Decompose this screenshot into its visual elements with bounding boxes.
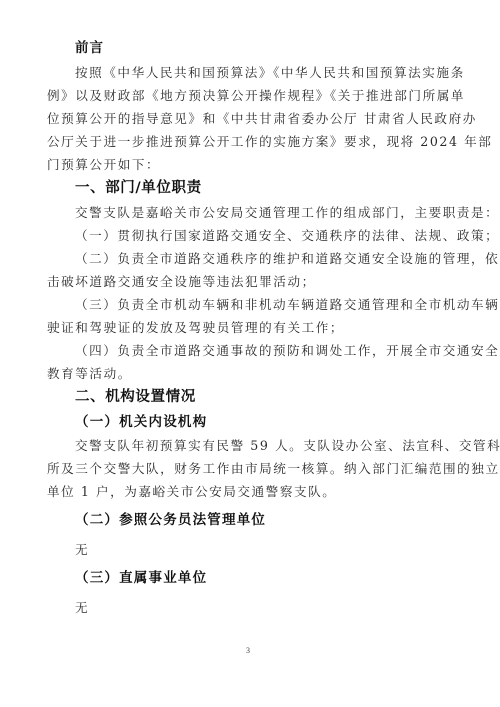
section-2-sub-1-heading: （一）机关内设机构 (75, 414, 453, 430)
preface-line-2: 例》以及财政部《地方预决算公开操作规程》《关于推进部门所属单 (47, 88, 453, 104)
document-page: 前言 按照《中华人民共和国预算法》《中华人民共和国预算法实施条 例》以及财政部《… (0, 0, 500, 707)
page-number: 3 (246, 646, 250, 655)
section-1-line-6: 驶证和驾驶证的发放及驾驶员管理的有关工作； (47, 320, 453, 336)
section-2-sub-1-line-1: 交警支队年初预算实有民警 59 人。支队设办公室、法宣科、交管科、车管 (75, 438, 453, 454)
section-1-line-2: （一）贯彻执行国家道路交通安全、交通秩序的法律、法规、政策； (75, 228, 453, 244)
section-2-sub-1-line-3: 单位 1 户，为嘉峪关市公安局交通警察支队。 (47, 484, 453, 500)
section-2-sub-3-heading: （三）直属事业单位 (75, 570, 453, 586)
section-1-heading: 一、部门/单位职责 (75, 180, 453, 196)
section-1-line-1: 交警支队是嘉峪关市公安局交通管理工作的组成部门，主要职责是： (75, 205, 453, 221)
section-1-line-7: （四）负责全市道路交通事故的预防和调处工作，开展全市交通安全宣传 (75, 343, 453, 359)
preface-line-5: 门预算公开如下： (47, 157, 453, 173)
section-2-heading: 二、机构设置情况 (75, 389, 453, 405)
section-1-line-5: （三）负责全市机动车辆和非机动车辆道路交通管理和全市机动车辆的行 (75, 297, 453, 313)
section-2-sub-2-body: 无 (75, 542, 453, 558)
section-2-sub-3-body: 无 (75, 600, 453, 616)
preface-line-1: 按照《中华人民共和国预算法》《中华人民共和国预算法实施条 (75, 65, 453, 81)
preface-line-4: 公厅关于进一步推进预算公开工作的实施方案》要求，现将 2024 年部 (47, 134, 453, 150)
section-1-line-8: 教育等活动。 (47, 366, 453, 382)
section-2-sub-2-heading: （二）参照公务员法管理单位 (75, 512, 453, 528)
section-2-sub-1-line-2: 所及三个交警大队，财务工作由市局统一核算。纳入部门汇编范围的独立核算 (47, 461, 453, 477)
section-1-line-3: （二）负责全市道路交通秩序的维护和道路交通安全设施的管理，依法打 (75, 251, 453, 267)
preface-heading: 前言 (75, 40, 453, 56)
section-1-line-4: 击破坏道路交通安全设施等违法犯罪活动； (47, 274, 453, 290)
preface-line-3: 位预算公开的指导意见》和《中共甘肃省委办公厅 甘肃省人民政府办 (47, 111, 453, 127)
